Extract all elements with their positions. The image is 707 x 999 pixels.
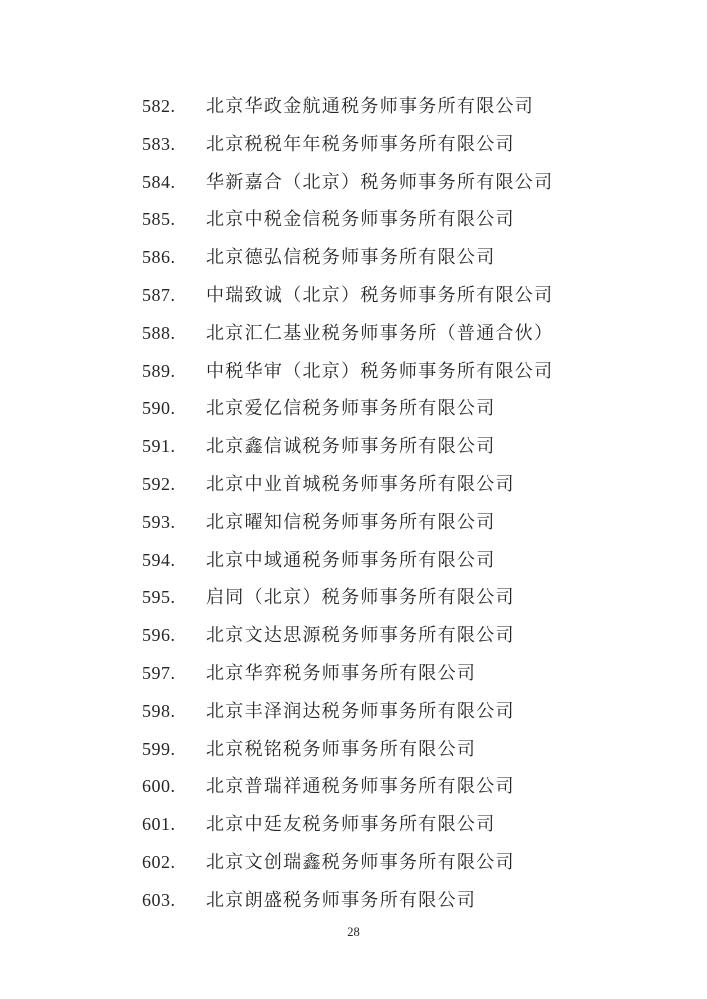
list-item: 600.北京普瑞祥通税务师事务所有限公司: [142, 772, 647, 794]
item-number: 583.: [142, 134, 206, 155]
firm-list: 582.北京华政金航通税务师事务所有限公司583.北京税税年年税务师事务所有限公…: [142, 92, 647, 924]
list-item: 593.北京曜知信税务师事务所有限公司: [142, 508, 647, 530]
list-item: 599.北京税铭税务师事务所有限公司: [142, 735, 647, 757]
item-name: 北京中业首城税务师事务所有限公司: [206, 470, 515, 496]
list-item: 592.北京中业首城税务师事务所有限公司: [142, 470, 647, 492]
item-number: 598.: [142, 701, 206, 722]
item-number: 597.: [142, 663, 206, 684]
item-name: 北京中税金信税务师事务所有限公司: [206, 205, 515, 231]
item-name: 启同（北京）税务师事务所有限公司: [206, 583, 515, 609]
item-number: 589.: [142, 361, 206, 382]
list-item: 595.启同（北京）税务师事务所有限公司: [142, 583, 647, 605]
list-item: 587.中瑞致诚（北京）税务师事务所有限公司: [142, 281, 647, 303]
item-number: 599.: [142, 739, 206, 760]
item-name: 北京中域通税务师事务所有限公司: [206, 546, 496, 572]
item-name: 北京中廷友税务师事务所有限公司: [206, 810, 496, 836]
item-name: 北京华弈税务师事务所有限公司: [206, 659, 476, 685]
list-item: 584.华新嘉合（北京）税务师事务所有限公司: [142, 168, 647, 190]
list-item: 586.北京德弘信税务师事务所有限公司: [142, 243, 647, 265]
item-name: 北京汇仁基业税务师事务所（普通合伙）: [206, 319, 553, 345]
item-number: 603.: [142, 890, 206, 911]
item-number: 584.: [142, 172, 206, 193]
item-name: 北京税税年年税务师事务所有限公司: [206, 130, 515, 156]
item-number: 594.: [142, 550, 206, 571]
item-name: 北京文达思源税务师事务所有限公司: [206, 621, 515, 647]
item-name: 中瑞致诚（北京）税务师事务所有限公司: [206, 281, 553, 307]
item-name: 北京鑫信诚税务师事务所有限公司: [206, 432, 496, 458]
list-item: 590.北京爱亿信税务师事务所有限公司: [142, 394, 647, 416]
list-item: 583.北京税税年年税务师事务所有限公司: [142, 130, 647, 152]
item-number: 602.: [142, 852, 206, 873]
item-name: 北京朗盛税务师事务所有限公司: [206, 886, 476, 912]
item-number: 582.: [142, 96, 206, 117]
item-number: 591.: [142, 436, 206, 457]
item-number: 585.: [142, 209, 206, 230]
item-name: 华新嘉合（北京）税务师事务所有限公司: [206, 168, 553, 194]
item-name: 北京文创瑞鑫税务师事务所有限公司: [206, 848, 515, 874]
list-item: 591.北京鑫信诚税务师事务所有限公司: [142, 432, 647, 454]
list-item: 597.北京华弈税务师事务所有限公司: [142, 659, 647, 681]
item-number: 596.: [142, 625, 206, 646]
item-name: 北京爱亿信税务师事务所有限公司: [206, 394, 496, 420]
item-number: 587.: [142, 285, 206, 306]
list-item: 589.中税华审（北京）税务师事务所有限公司: [142, 357, 647, 379]
list-item: 585.北京中税金信税务师事务所有限公司: [142, 205, 647, 227]
item-number: 601.: [142, 814, 206, 835]
item-number: 595.: [142, 587, 206, 608]
item-number: 593.: [142, 512, 206, 533]
list-item: 603.北京朗盛税务师事务所有限公司: [142, 886, 647, 908]
item-name: 北京丰泽润达税务师事务所有限公司: [206, 697, 515, 723]
item-number: 600.: [142, 776, 206, 797]
list-item: 598.北京丰泽润达税务师事务所有限公司: [142, 697, 647, 719]
item-name: 北京华政金航通税务师事务所有限公司: [206, 92, 534, 118]
page-number: 28: [0, 925, 707, 940]
list-item: 602.北京文创瑞鑫税务师事务所有限公司: [142, 848, 647, 870]
item-number: 588.: [142, 323, 206, 344]
item-name: 北京曜知信税务师事务所有限公司: [206, 508, 496, 534]
item-number: 592.: [142, 474, 206, 495]
item-name: 中税华审（北京）税务师事务所有限公司: [206, 357, 553, 383]
list-item: 582.北京华政金航通税务师事务所有限公司: [142, 92, 647, 114]
list-item: 588.北京汇仁基业税务师事务所（普通合伙）: [142, 319, 647, 341]
item-name: 北京德弘信税务师事务所有限公司: [206, 243, 496, 269]
item-name: 北京税铭税务师事务所有限公司: [206, 735, 476, 761]
list-item: 601.北京中廷友税务师事务所有限公司: [142, 810, 647, 832]
item-number: 586.: [142, 247, 206, 268]
item-name: 北京普瑞祥通税务师事务所有限公司: [206, 772, 515, 798]
list-item: 596.北京文达思源税务师事务所有限公司: [142, 621, 647, 643]
list-item: 594.北京中域通税务师事务所有限公司: [142, 546, 647, 568]
item-number: 590.: [142, 398, 206, 419]
document-page: 582.北京华政金航通税务师事务所有限公司583.北京税税年年税务师事务所有限公…: [0, 0, 707, 999]
